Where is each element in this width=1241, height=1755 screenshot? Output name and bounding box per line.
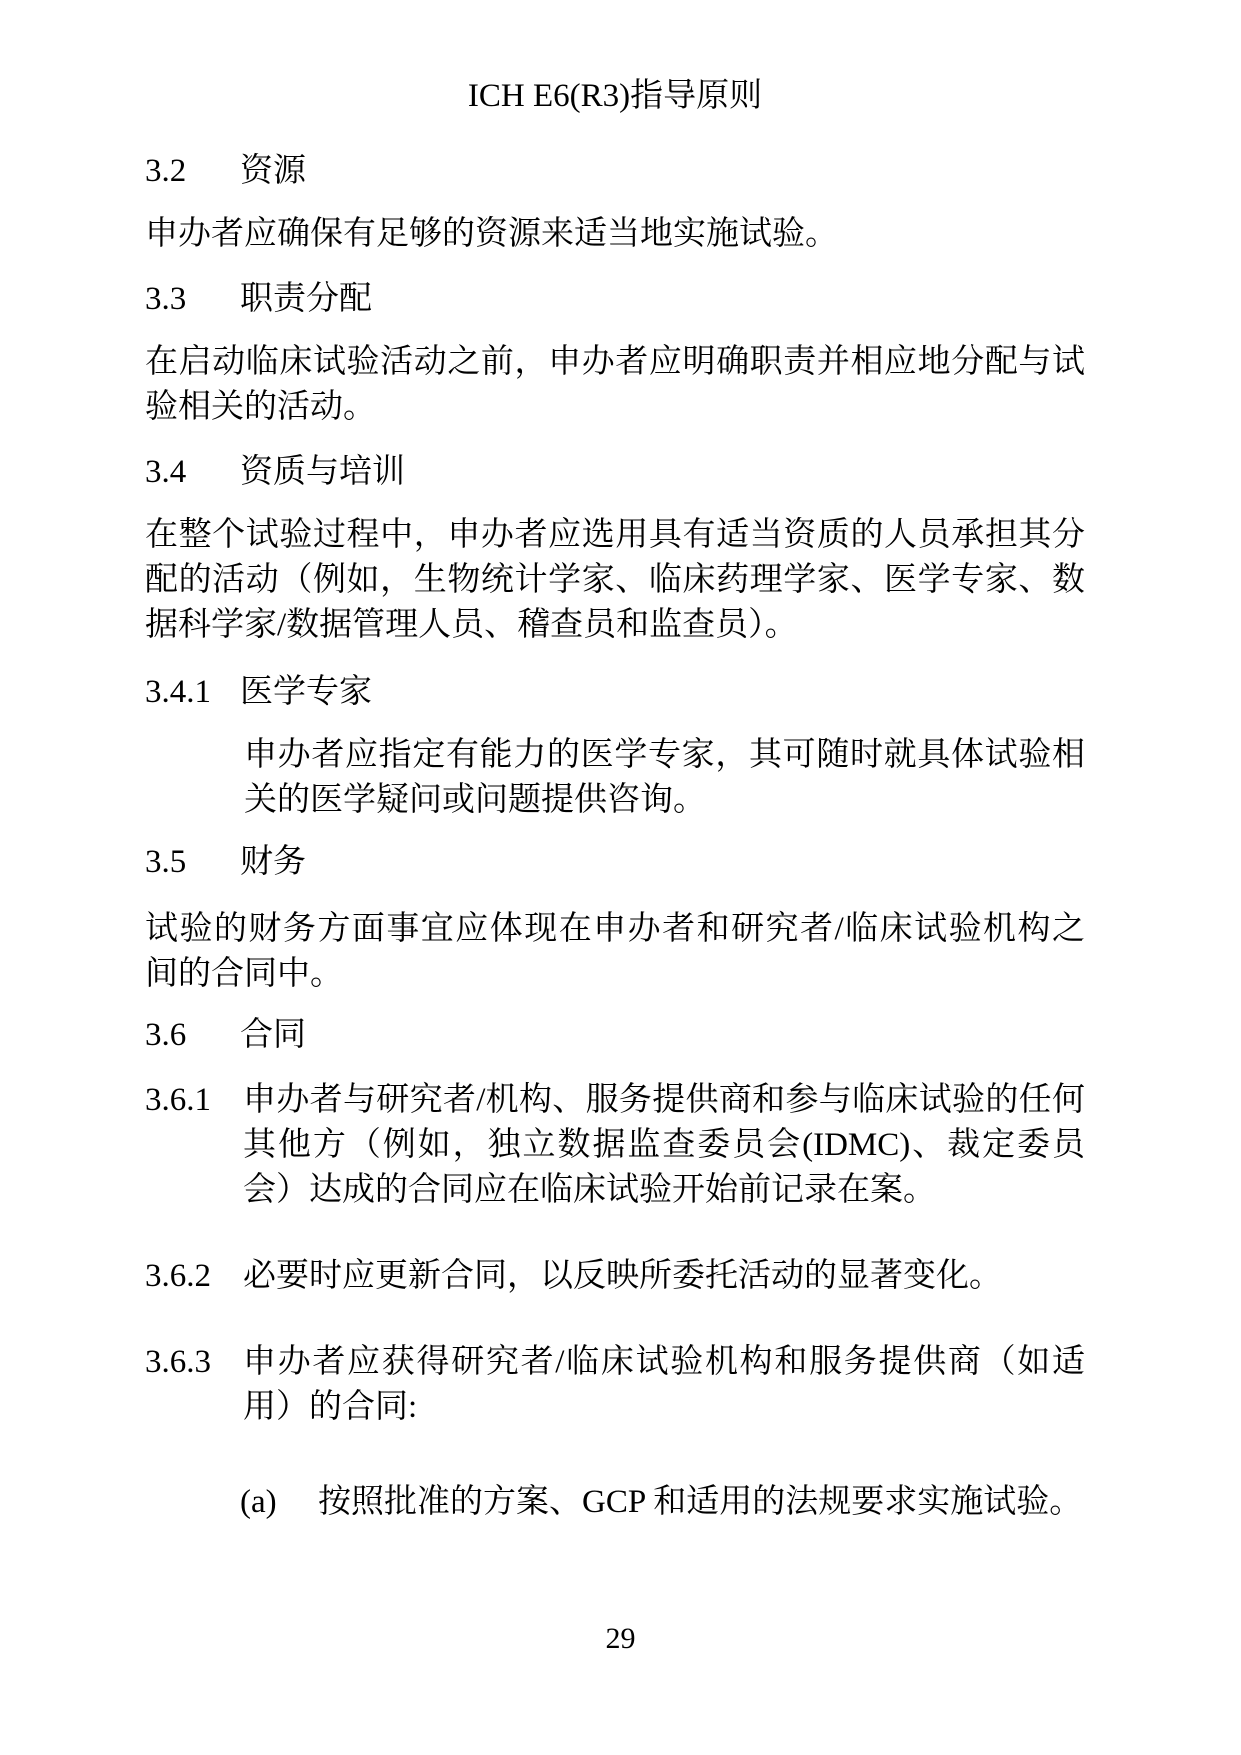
section-number: 3.3 [145,277,240,322]
item-text: 按照批准的方案、GCP 和适用的法规要求实施试验。 [318,1480,1085,1525]
text-line: 据科学家/数据管理人员、稽查员和监查员）。 [145,603,1085,648]
section-number: 3.4.1 [145,670,240,715]
section-3-3-heading: 3.3 职责分配 [145,277,1085,322]
section-3-4-heading: 3.4 资质与培训 [145,450,1085,495]
section-title: 资质与培训 [240,450,1085,495]
text-line: 在启动临床试验活动之前，申办者应明确职责并相应地分配与试 [145,340,1085,385]
text-line: 关的医学疑问或问题提供咨询。 [244,778,1085,823]
paragraph-3-2: 申办者应确保有足够的资源来适当地实施试验。 [145,212,1085,257]
page-number: 29 [0,1616,1241,1661]
section-title: 合同 [240,1013,1085,1058]
text-line: 申办者应指定有能力的医学专家，其可随时就具体试验相 [244,733,1085,778]
document-title: ICH E6(R3)指导原则 [145,74,1085,119]
text-line: 申办者与研究者/机构、服务提供商和参与临床试验的任何 [243,1078,1085,1123]
section-number: 3.6 [145,1013,240,1058]
text-line: 必要时应更新合同，以反映所委托活动的显著变化。 [243,1254,1085,1299]
section-title: 医学专家 [240,670,1085,715]
paragraph-3-4-1: 申办者应指定有能力的医学专家，其可随时就具体试验相 关的医学疑问或问题提供咨询。 [244,733,1085,823]
paragraph-3-4: 在整个试验过程中，申办者应选用具有适当资质的人员承担其分 配的活动（例如，生物统… [145,513,1085,648]
section-number: 3.5 [145,840,240,885]
clause-body: 申办者应获得研究者/临床试验机构和服务提供商（如适 用）的合同: [243,1340,1085,1430]
section-3-6-heading: 3.6 合同 [145,1013,1085,1058]
section-number: 3.2 [145,149,240,194]
item-marker: (a) [240,1480,318,1525]
text-line: 验相关的活动。 [145,385,1085,430]
text-line: 试验的财务方面事宜应体现在申办者和研究者/临床试验机构之 [145,907,1085,952]
text-line: 配的活动（例如，生物统计学家、临床药理学家、医学专家、数 [145,558,1085,603]
clause-3-6-3: 3.6.3 申办者应获得研究者/临床试验机构和服务提供商（如适 用）的合同: [145,1340,1085,1430]
text-line: 会）达成的合同应在临床试验开始前记录在案。 [243,1168,1085,1213]
section-title: 资源 [240,149,1085,194]
section-number: 3.4 [145,450,240,495]
clause-number: 3.6.1 [145,1078,243,1213]
paragraph-3-3: 在启动临床试验活动之前，申办者应明确职责并相应地分配与试 验相关的活动。 [145,340,1085,430]
document-page: ICH E6(R3)指导原则 3.2 资源 申办者应确保有足够的资源来适当地实施… [0,0,1241,1755]
section-3-5-heading: 3.5 财务 [145,840,1085,885]
text-line: 申办者应获得研究者/临床试验机构和服务提供商（如适 [243,1340,1085,1385]
list-item-a: (a) 按照批准的方案、GCP 和适用的法规要求实施试验。 [240,1480,1085,1525]
text-line: 其他方（例如，独立数据监查委员会(IDMC)、裁定委员 [243,1123,1085,1168]
text-line: 申办者应确保有足够的资源来适当地实施试验。 [145,212,1085,257]
clause-body: 必要时应更新合同，以反映所委托活动的显著变化。 [243,1254,1085,1299]
section-3-2-heading: 3.2 资源 [145,149,1085,194]
section-title: 职责分配 [240,277,1085,322]
clause-3-6-2: 3.6.2 必要时应更新合同，以反映所委托活动的显著变化。 [145,1254,1085,1299]
text-line: 间的合同中。 [145,952,1085,997]
clause-number: 3.6.3 [145,1340,243,1430]
section-3-4-1-heading: 3.4.1 医学专家 [145,670,1085,715]
clause-number: 3.6.2 [145,1254,243,1299]
clause-body: 申办者与研究者/机构、服务提供商和参与临床试验的任何 其他方（例如，独立数据监查… [243,1078,1085,1213]
section-title: 财务 [240,840,1085,885]
text-line: 用）的合同: [243,1385,1085,1430]
paragraph-3-5: 试验的财务方面事宜应体现在申办者和研究者/临床试验机构之 间的合同中。 [145,907,1085,997]
text-line: 在整个试验过程中，申办者应选用具有适当资质的人员承担其分 [145,513,1085,558]
clause-3-6-1: 3.6.1 申办者与研究者/机构、服务提供商和参与临床试验的任何 其他方（例如，… [145,1078,1085,1213]
